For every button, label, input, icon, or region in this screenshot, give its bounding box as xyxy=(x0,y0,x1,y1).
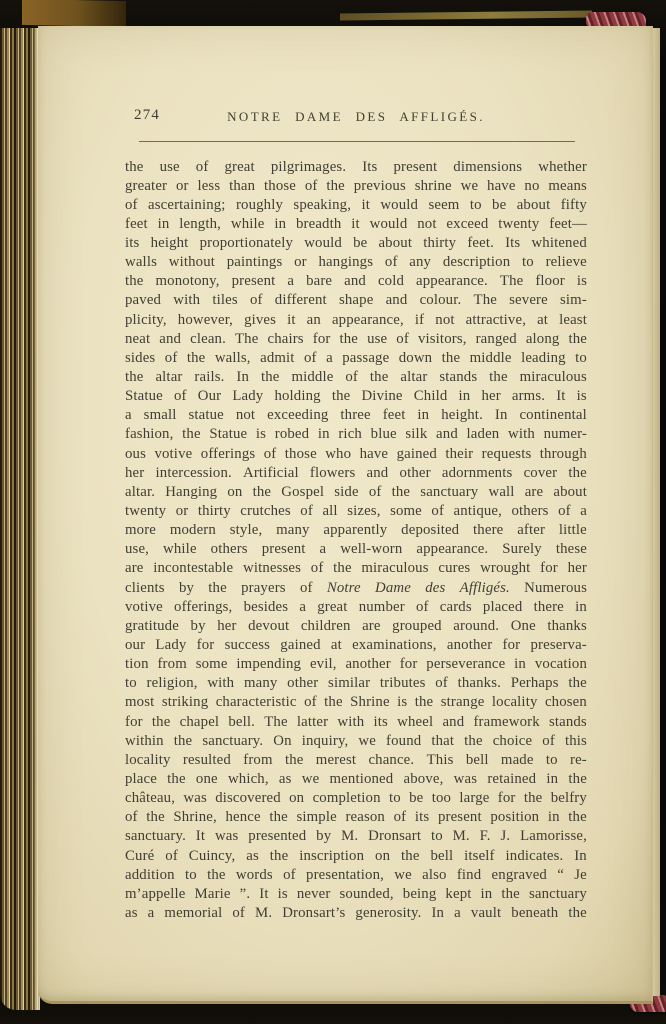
text-line: toreligion,withmanyothersimilartributeso… xyxy=(125,674,587,693)
text-line: oftheShrine,hencethesimplereasonofitspre… xyxy=(125,808,587,827)
text-line: moremodernstyle,manyapparentlydepositedt… xyxy=(125,521,587,540)
text-line: withinthesanctuary.Oninquiry,wefoundthat… xyxy=(125,732,587,751)
text-line: sidesofthewalls,admitofapassagedownthemi… xyxy=(125,349,587,368)
body-text: theuseofgreatpilgrimages.Itspresentdimen… xyxy=(125,158,587,924)
text-line: altar.HangingontheGospelsideofthesanctua… xyxy=(125,483,587,502)
cover-corner xyxy=(22,0,126,27)
text-line: château,wasdiscoveredoncompletiontobetoo… xyxy=(125,789,587,808)
text-line: ourLadyforsuccessgainedatexaminations,an… xyxy=(125,636,587,655)
page-header: 274 NOTRE DAME DES AFFLIGÉS. xyxy=(125,106,587,128)
text-line: localityresultedfromthemerestchance.This… xyxy=(125,751,587,770)
text-line: additiontothewordsofpresentation,wealsof… xyxy=(125,866,587,885)
text-line: m’appelleMarie”.Itisneversounded,beingke… xyxy=(125,885,587,904)
text-line: gratitudebyherdevoutchildrenaregroupedar… xyxy=(125,617,587,636)
text-line: herintercession.Artificialflowersandothe… xyxy=(125,464,587,483)
text-line: ousvotiveofferingsofthosewhohavegainedth… xyxy=(125,445,587,464)
text-line: wallswithoutpaintingsorhangingsofanydesc… xyxy=(125,253,587,272)
book-scan: 274 NOTRE DAME DES AFFLIGÉS. theuseofgre… xyxy=(0,0,666,1024)
text-line: greaterorlessthanthoseofthepreviousshrin… xyxy=(125,177,587,196)
page-stack-edge xyxy=(0,28,40,1010)
text-line: fashion,theStatueisrobedinrichbluesilkan… xyxy=(125,425,587,444)
text-line: CuréofCuincy,astheinscriptiononthebellit… xyxy=(125,847,587,866)
text-line: sanctuary.ItwaspresentedbyM.DronsarttoM.… xyxy=(125,827,587,846)
page-number: 274 xyxy=(134,107,160,124)
text-line: twentyorthirtycrutchesofallsizes,someofa… xyxy=(125,502,587,521)
text-line: themonotony,presentabareandcoldappearanc… xyxy=(125,272,587,291)
text-line: moststrikingcharacteristicoftheShrineist… xyxy=(125,693,587,712)
text-line: StatueofOurLadyholdingtheDivineChildinhe… xyxy=(125,387,587,406)
text-line: plicity,however,givesitanappearance,ifno… xyxy=(125,311,587,330)
running-title: NOTRE DAME DES AFFLIGÉS. xyxy=(125,106,587,125)
text-line: pavedwithtilesofdifferentshapeandcolour.… xyxy=(125,291,587,310)
header-rule xyxy=(139,141,575,142)
text-line: theuseofgreatpilgrimages.Itspresentdimen… xyxy=(125,158,587,177)
text-line: asmallstatuenotexceedingthreefeetinheigh… xyxy=(125,406,587,425)
text-line: asamemorialofM.Dronsart’sgenerosity.Inav… xyxy=(125,904,587,923)
cover-gold-edge xyxy=(340,10,592,20)
book-page: 274 NOTRE DAME DES AFFLIGÉS. theuseofgre… xyxy=(38,26,653,1004)
text-line: placetheonewhich,aswementionedabove,wasr… xyxy=(125,770,587,789)
facing-page-edge xyxy=(652,28,660,996)
text-line: use,whileotherspresentawell-wornappearan… xyxy=(125,540,587,559)
text-line: feetinlength,whileinbreadthitwouldnotexc… xyxy=(125,215,587,234)
text-line: tionfromsomeimpendingevil,anotherforpers… xyxy=(125,655,587,674)
text-line: ofascertaining;roughlyspeaking,itwouldse… xyxy=(125,196,587,215)
text-line: areincontestablewitnessesofthemiraculous… xyxy=(125,559,587,578)
text-line: itsheightproportionatelywouldbeaboutthir… xyxy=(125,234,587,253)
text-line: votiveofferings,besidesagreatnumberofcar… xyxy=(125,598,587,617)
text-line: thealtarrails.Inthemiddleofthealtarstand… xyxy=(125,368,587,387)
text-line: clientsbytheprayersofNotreDamedesAffligé… xyxy=(125,579,587,598)
text-line: forthechapelbell.Thelatterwithitswheelan… xyxy=(125,713,587,732)
text-line: neatandclean.Thechairsfortheuseofvisitor… xyxy=(125,330,587,349)
